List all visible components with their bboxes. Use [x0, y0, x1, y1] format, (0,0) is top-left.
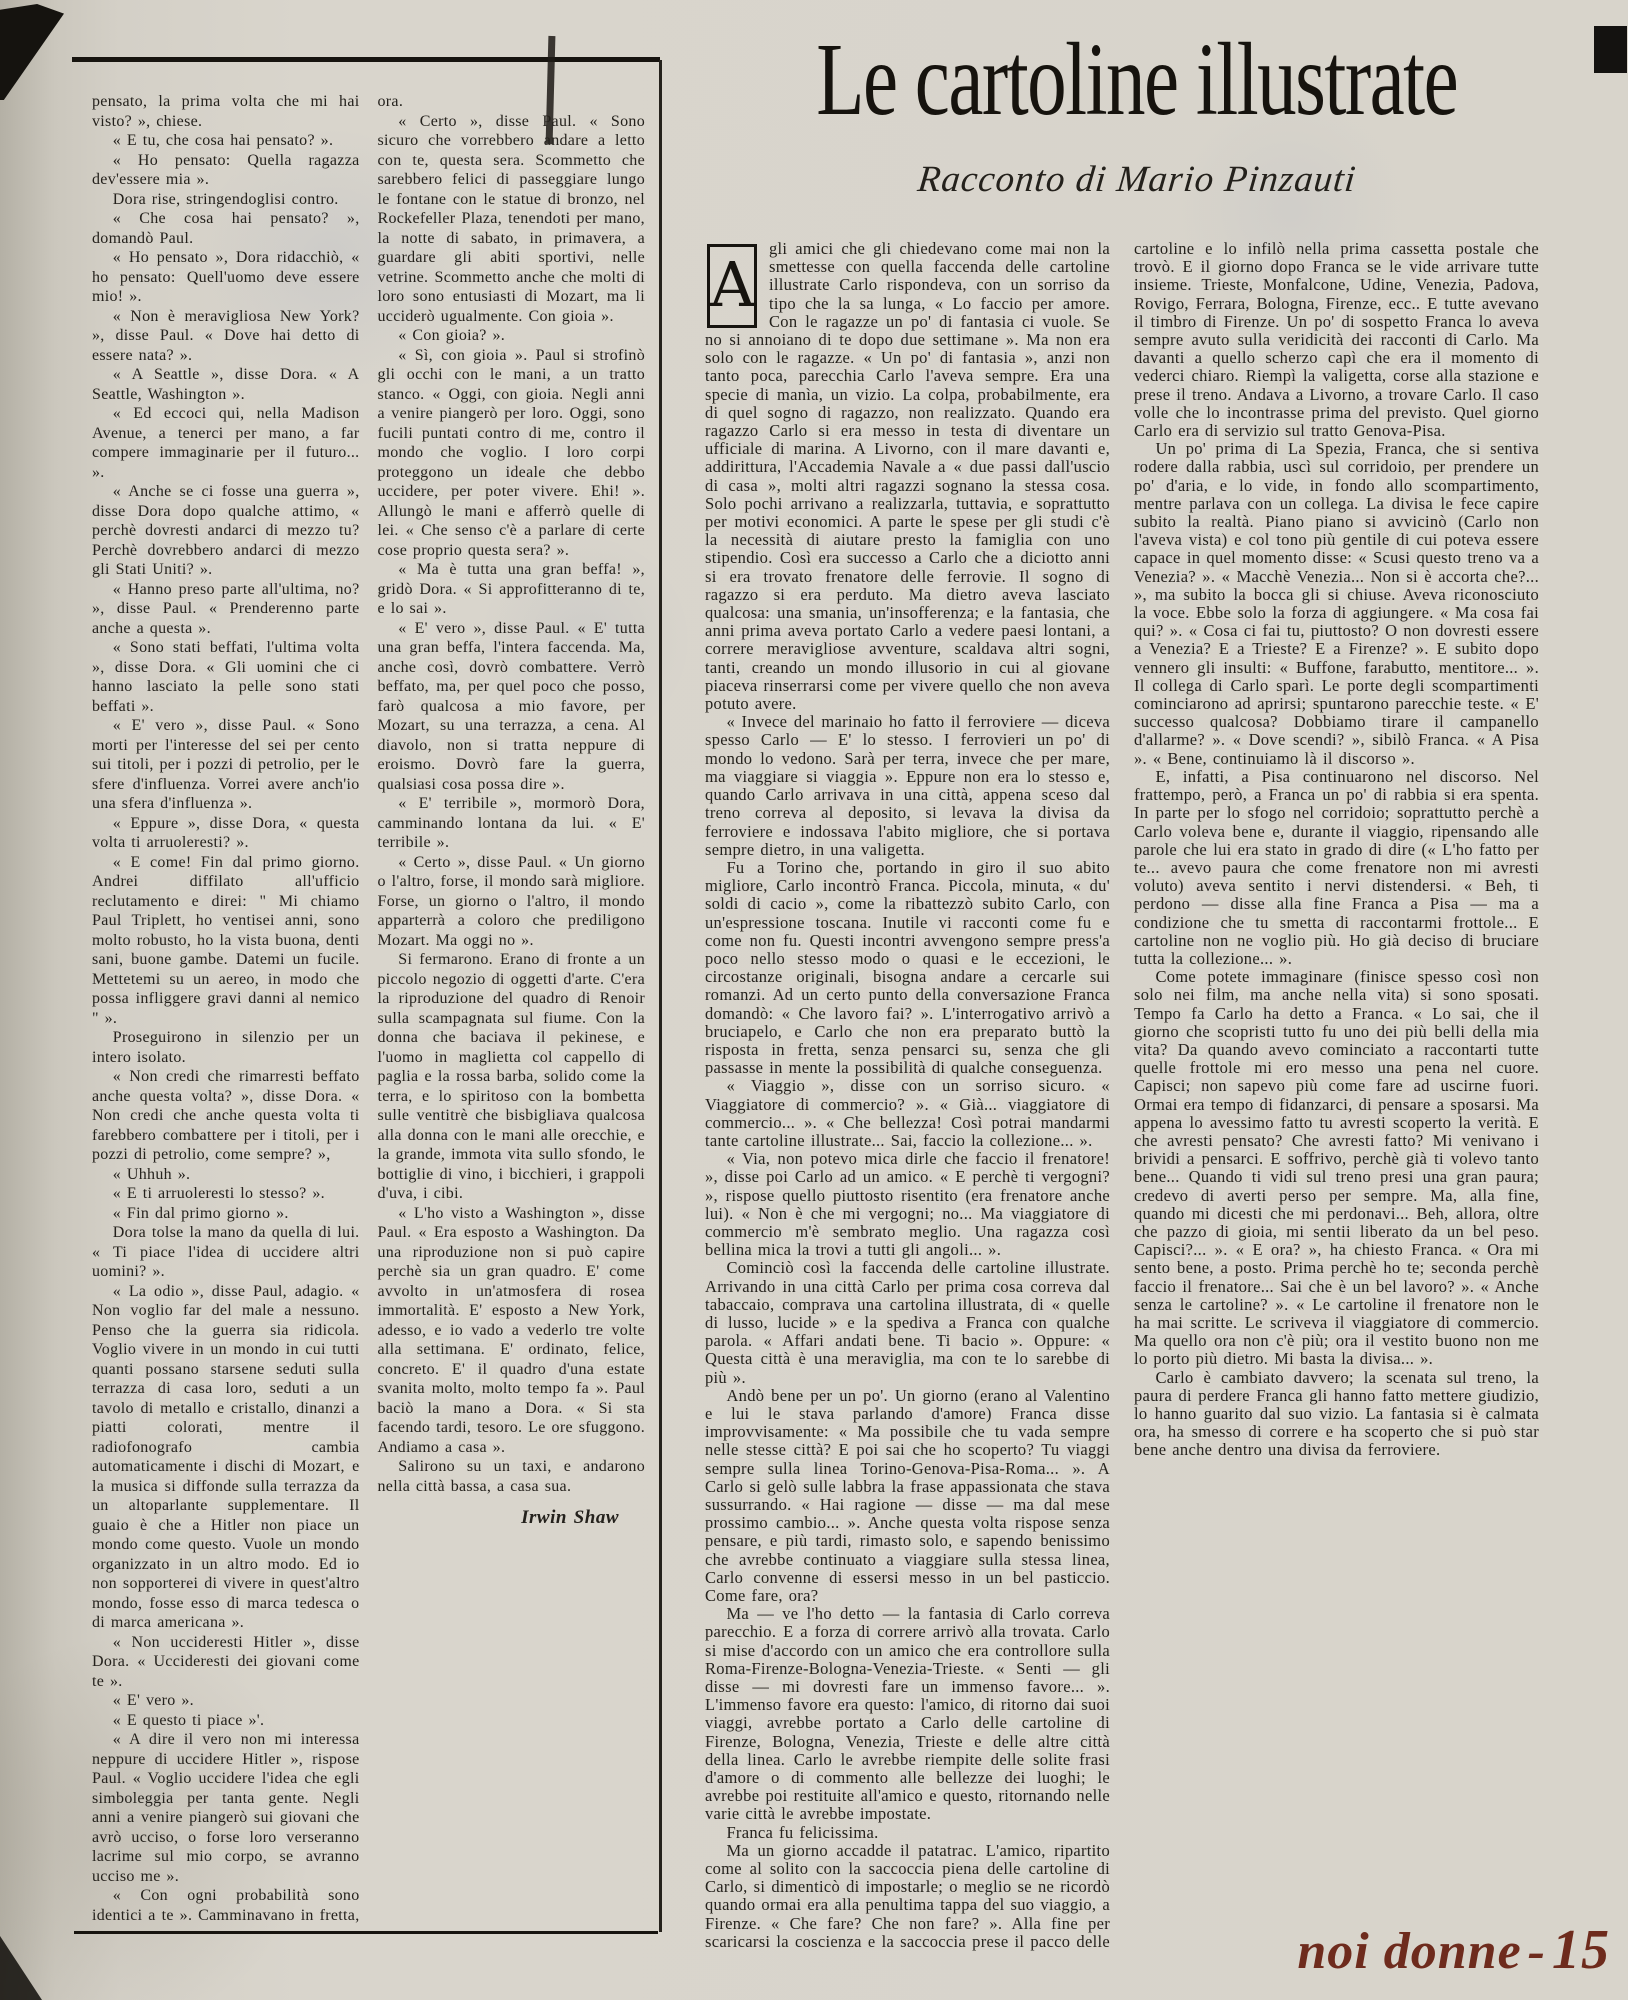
magazine-name: noi donne: [1297, 1923, 1521, 1980]
story-paragraph: « E questo ti piace »'.: [92, 1711, 360, 1731]
article-title: Le cartoline illustrate: [817, 28, 1458, 132]
story-paragraph: « Uhhuh ».: [92, 1165, 360, 1185]
story-paragraph: Si fermarono. Erano di fronte a un picco…: [378, 950, 646, 1204]
story-paragraph: « E' vero », disse Paul. « Sono morti pe…: [92, 716, 360, 814]
story-paragraph: Carlo è cambiato davvero; la scenata sul…: [1134, 1369, 1539, 1460]
magazine-page: pensato, la prima volta che mi hai visto…: [0, 0, 1628, 2000]
story-paragraph: « Che cosa hai pensato? », domandò Paul.: [92, 209, 360, 248]
story-paragraph: « La odio », disse Paul, adagio. « Non v…: [92, 1282, 360, 1633]
story-paragraph: « A dire il vero non mi interessa neppur…: [92, 1730, 360, 1886]
column-divider-rule: [659, 60, 662, 1932]
story-paragraph: Dora tolse la mano da quella di lui. « T…: [92, 1223, 360, 1282]
story-paragraph: « Ed eccoci qui, nella Madison Avenue, a…: [92, 404, 360, 482]
story-paragraph: « Eppure », disse Dora, « questa volta t…: [92, 814, 360, 853]
story-paragraph: « Ho pensato », Dora ridacchiò, « ho pen…: [92, 248, 360, 307]
story-paragraph: « Hanno preso parte all'ultima, no? », d…: [92, 580, 360, 639]
footer-separator: -: [1522, 1923, 1552, 1980]
story-paragraph: « E tu, che cosa hai pensato? ».: [92, 131, 360, 151]
story-paragraph: Come potete immaginare (finisce spesso c…: [1134, 968, 1539, 1368]
story-paragraph: Ma — ve l'ho detto — la fantasia di Carl…: [705, 1605, 1110, 1823]
author-signature: Irwin Shaw: [378, 1508, 646, 1528]
right-story-columns: Agli amici che gli chiedevano come mai n…: [705, 240, 1539, 1954]
story-paragraph: « Invece del marinaio ho fatto il ferrov…: [705, 713, 1110, 859]
scan-corner-mark-bottom-left: [0, 1936, 42, 2000]
story-paragraph: « Certo », disse Paul. « Un giorno o l'a…: [378, 853, 646, 951]
story-paragraph: Fu a Torino che, portando in giro il suo…: [705, 859, 1110, 1077]
drop-cap: A: [707, 244, 757, 328]
story-paragraph: « Non è meravigliosa New York? », disse …: [92, 307, 360, 366]
story-paragraph: « Ma è tutta una gran beffa! », gridò Do…: [378, 560, 646, 619]
story-paragraph: « Con gioia? ».: [378, 326, 646, 346]
story-paragraph: « Ho pensato: Quella ragazza dev'essere …: [92, 151, 360, 190]
story-paragraph: « E ti arruoleresti lo stesso? ».: [92, 1184, 360, 1204]
article-headline: Le cartoline illustrate: [662, 28, 1612, 148]
story-paragraph: « Certo », disse Paul. « Sono sicuro che…: [378, 112, 646, 327]
story-paragraph: « Non credi che rimarresti beffato anche…: [92, 1067, 360, 1165]
article-subtitle: Racconto di Mario Pinzauti: [660, 158, 1615, 201]
story-paragraph: pensato, la prima volta che mi hai visto…: [92, 92, 360, 131]
magazine-logo: noi donne-15: [1297, 1918, 1610, 1982]
story-paragraph: « E' terribile », mormorò Dora, camminan…: [378, 794, 646, 853]
story-paragraph: « Non uccideresti Hitler », disse Dora. …: [92, 1633, 360, 1692]
story-paragraph: « Sì, con gioia ». Paul si strofinò gli …: [378, 346, 646, 561]
story-paragraph: « E' vero », disse Paul. « E' tutta una …: [378, 619, 646, 795]
page-number: 15: [1552, 1919, 1610, 1981]
story-paragraph: Franca fu felicissima.: [705, 1824, 1110, 1842]
story-paragraph: Cominciò così la faccenda delle cartolin…: [705, 1259, 1110, 1386]
story-paragraph: Un po' prima di La Spezia, Franca, che s…: [1134, 440, 1539, 768]
story-paragraph: Andò bene per un po'. Un giorno (erano a…: [705, 1387, 1110, 1605]
story-paragraph: « L'ho visto a Washington », disse Paul.…: [378, 1204, 646, 1458]
left-story-columns: pensato, la prima volta che mi hai visto…: [92, 92, 645, 1934]
story-paragraph: Proseguirono in silenzio per un intero i…: [92, 1028, 360, 1067]
story-paragraph: « Viaggio », disse con un sorriso sicuro…: [705, 1077, 1110, 1150]
story-paragraph: « Via, non potevo mica dirle che faccio …: [705, 1150, 1110, 1259]
story-paragraph: Agli amici che gli chiedevano come mai n…: [705, 240, 1110, 713]
story-paragraph: « E' vero ».: [92, 1691, 360, 1711]
scan-corner-mark-top-left: [0, 4, 64, 100]
story-paragraph: « Anche se ci fosse una guerra », disse …: [92, 482, 360, 580]
top-rule: [72, 57, 660, 62]
story-paragraph: « A Seattle », disse Dora. « A Seattle, …: [92, 365, 360, 404]
story-paragraph: Dora rise, stringendoglisi contro.: [92, 190, 360, 210]
story-paragraph: « Sono stati beffati, l'ultima volta », …: [92, 638, 360, 716]
story-paragraph: « Fin dal primo giorno ».: [92, 1204, 360, 1224]
story-paragraph: Salirono su un taxi, e andarono nella ci…: [378, 1457, 646, 1496]
story-paragraph: « E come! Fin dal primo giorno. Andrei d…: [92, 853, 360, 1029]
story-paragraph: E, infatti, a Pisa continuarono nel disc…: [1134, 768, 1539, 968]
